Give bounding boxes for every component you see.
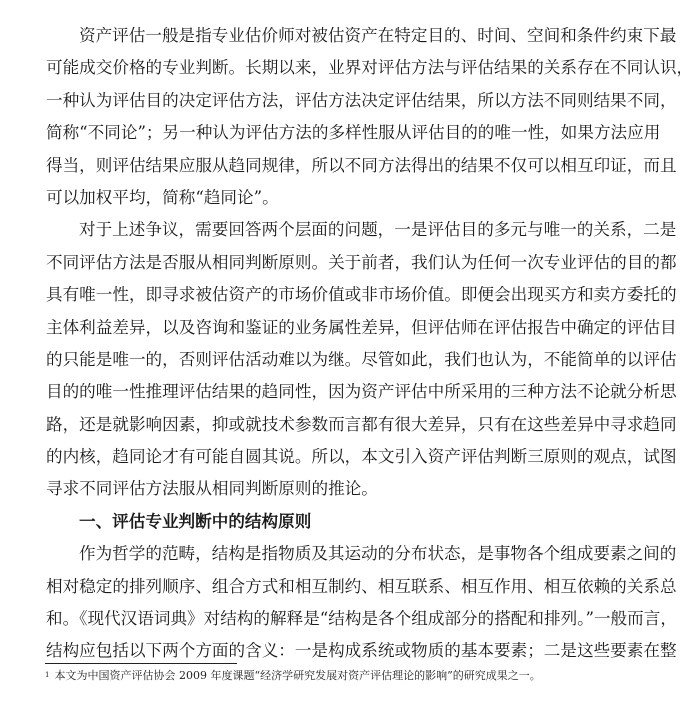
footnote-marker: 1	[45, 671, 49, 679]
text-line: 目的的唯一性推理评估结果的趋同性，因为资产评估中所采用的三种方法不论就分析思	[46, 376, 648, 408]
text-line: 可以加权平均，简称“趋同论”。	[46, 182, 648, 214]
text-line: 一种认为评估目的决定评估方法，评估方法决定评估结果，所以方法不同则结果不同，	[46, 85, 648, 117]
text-line: 的内核，趋同论才有可能自圆其说。所以，本文引入资产评估判断三原则的观点，试图	[46, 441, 648, 473]
paragraph-2: 对于上述争议，需要回答两个层面的问题，一是评估目的多元与唯一的关系，二是 不同评…	[46, 214, 648, 506]
text-line: 不同评估方法是否服从相同判断原则。关于前者，我们认为任何一次专业评估的目的都	[46, 247, 648, 279]
footnote: 1本文为中国资产评估协会 2009 年度课题“经济学研究发展对资产评估理论的影响…	[45, 668, 541, 684]
text-line: 相对稳定的排列顺序、组合方式和相互制约、相互联系、相互作用、相互依赖的关系总	[46, 571, 648, 603]
text-line: 路，还是就影响因素，抑或就技术参数而言都有很大差异，只有在这些差异中寻求趋同	[46, 409, 648, 441]
document-body: 资产评估一般是指专业估价师对被估资产在特定目的、时间、空间和条件约束下最 可能成…	[46, 20, 648, 668]
text-line: 得当，则评估结果应服从趋同规律，所以不同方法得出的结果不仅可以相互印证，而且	[46, 150, 648, 182]
text-line: 具有唯一性，即寻求被估资产的市场价值或非市场价值。即便会出现买方和卖方委托的	[46, 279, 648, 311]
text-line: 对于上述争议，需要回答两个层面的问题，一是评估目的多元与唯一的关系，二是	[46, 214, 648, 246]
text-line: 简称“不同论”；另一种认为评估方法的多样性服从评估目的的唯一性，如果方法应用	[46, 117, 648, 149]
text-line: 作为哲学的范畴，结构是指物质及其运动的分布状态，是事物各个组成要素之间的	[46, 538, 648, 570]
text-line: 资产评估一般是指专业估价师对被估资产在特定目的、时间、空间和条件约束下最	[46, 20, 648, 52]
footnote-text: 本文为中国资产评估协会 2009 年度课题“经济学研究发展对资产评估理论的影响”…	[54, 669, 540, 682]
text-line: 和。《现代汉语词典》对结构的解释是“结构是各个组成部分的搭配和排列。”一般而言，	[46, 603, 648, 635]
footnote-divider	[45, 663, 237, 664]
text-line: 寻求不同评估方法服从相同判断原则的推论。	[46, 473, 648, 505]
text-line: 可能成交价格的专业判断。长期以来，业界对评估方法与评估结果的关系存在不同认识，	[46, 52, 648, 84]
section-heading: 一、评估专业判断中的结构原则	[46, 506, 648, 538]
paragraph-3: 作为哲学的范畴，结构是指物质及其运动的分布状态，是事物各个组成要素之间的 相对稳…	[46, 538, 648, 668]
paragraph-1: 资产评估一般是指专业估价师对被估资产在特定目的、时间、空间和条件约束下最 可能成…	[46, 20, 648, 214]
text-line: 的只能是唯一的，否则评估活动难以为继。尽管如此，我们也认为，不能简单的以评估	[46, 344, 648, 376]
text-line: 主体利益差异，以及咨询和鉴证的业务属性差异，但评估师在评估报告中确定的评估目	[46, 312, 648, 344]
